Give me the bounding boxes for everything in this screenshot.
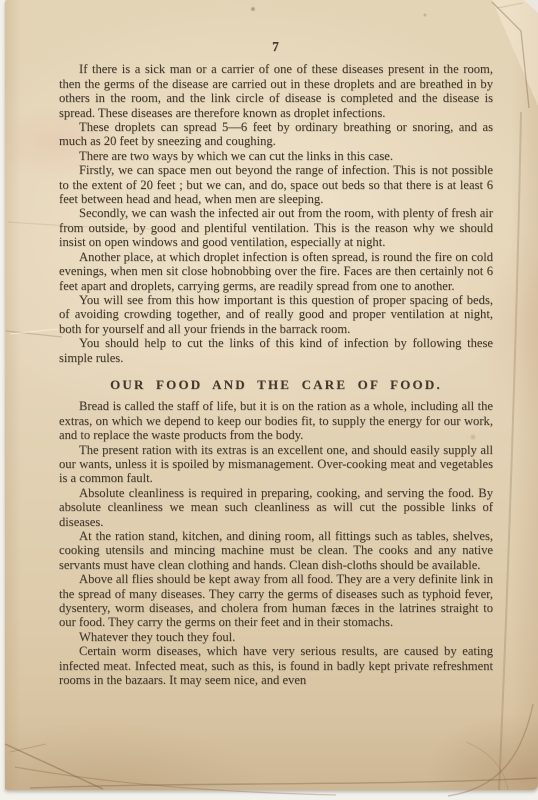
body-paragraph: There are two ways by which we can cut t…	[59, 149, 493, 163]
scanned-page-photo: 7 If there is a sick man or a carrier of…	[0, 0, 538, 800]
body-paragraph: Whatever they touch they foul.	[59, 630, 493, 644]
page-text-block: 7 If there is a sick man or a carrier of…	[59, 40, 493, 687]
body-paragraph: Secondly, we can wash the infected air o…	[59, 206, 493, 249]
body-paragraph: Another place, at which droplet infectio…	[59, 250, 493, 293]
section-heading: OUR FOOD AND THE CARE OF FOOD.	[59, 378, 493, 392]
body-paragraph: The present ration with its extras is an…	[59, 443, 493, 486]
body-paragraph: Certain worm diseases, which have very s…	[59, 644, 493, 687]
body-paragraph: These droplets can spread 5—6 feet by or…	[59, 120, 493, 149]
body-paragraph: If there is a sick man or a carrier of o…	[59, 62, 493, 120]
body-paragraph: At the ration stand, kitchen, and dining…	[59, 529, 493, 572]
body-paragraph: Bread is called the staff of life, but i…	[59, 399, 493, 442]
page-number: 7	[59, 40, 493, 54]
body-paragraph: You should help to cut the links of this…	[59, 336, 493, 365]
body-paragraph: Firstly, we can space men out beyond the…	[59, 163, 493, 206]
body-paragraph: You will see from this how important is …	[59, 293, 493, 336]
body-paragraph: Above all flies should be kept away from…	[59, 572, 493, 630]
body-paragraph: Absolute cleanliness is required in prep…	[59, 486, 493, 529]
